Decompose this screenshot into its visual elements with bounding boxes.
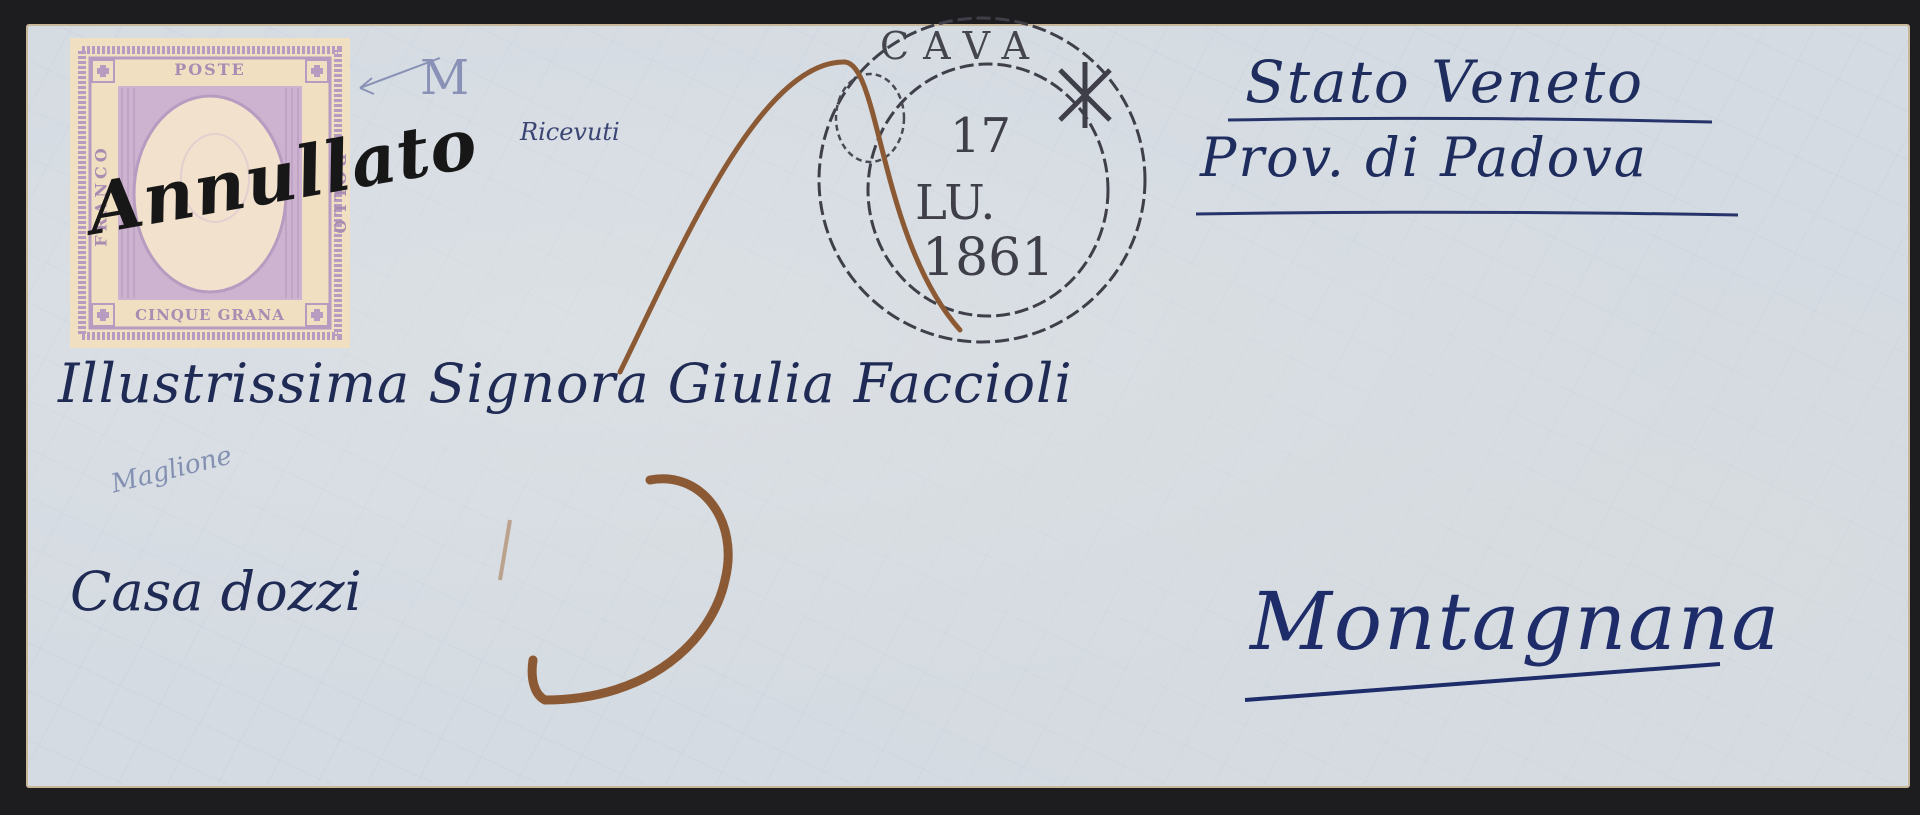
pencil-initials: M xyxy=(420,50,469,106)
destination-state: Stato Veneto xyxy=(1245,48,1644,116)
postmark-day: 17 xyxy=(950,108,1011,164)
destination-city: Montagnana xyxy=(1250,575,1781,668)
destination-province: Prov. di Padova xyxy=(1200,126,1648,189)
pencil-note: Ricevuti xyxy=(520,118,620,146)
postmark-month: LU. xyxy=(915,175,996,231)
postmark-year: 1861 xyxy=(922,228,1054,288)
addressee-name: Illustrissima Signora Giulia Faccioli xyxy=(58,352,1073,415)
stamp-bottom-label: CINQUE GRANA xyxy=(70,306,350,324)
house-name: Casa dozzi xyxy=(70,560,362,623)
postmark-town: CAVA xyxy=(880,24,1043,68)
stamp-top-label: POSTE xyxy=(70,60,350,79)
